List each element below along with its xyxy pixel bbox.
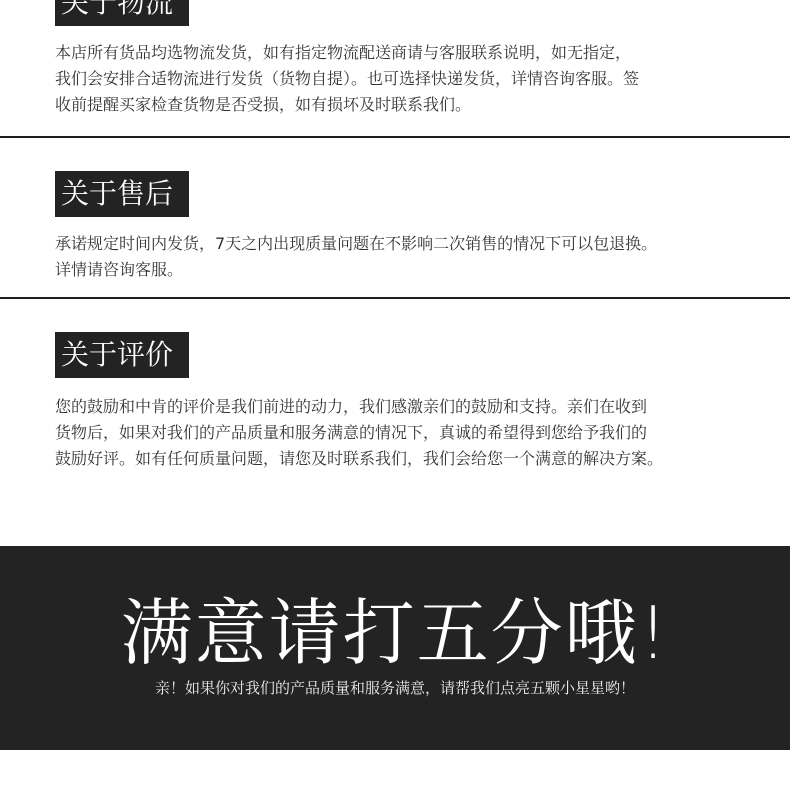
five-star-banner: 满意请打五分哦! 亲！如果你对我们的产品质量和服务满意，请帮我们点亮五颗小星星哟… [0,546,790,750]
section-title-reviews: 关于评价 [55,332,189,378]
paragraph-line: 本店所有货品均选物流发货，如有指定物流配送商请与客服联系说明，如无指定， [55,40,745,66]
banner-subline: 亲！如果你对我们的产品质量和服务满意，请帮我们点亮五颗小星星哟！ [0,676,790,700]
paragraph-line: 鼓励好评。如有任何质量问题，请您及时联系我们，我们会给您一个满意的解决方案。 [55,446,745,472]
banner-headline: 满意请打五分哦! [0,588,790,678]
paragraph-line: 货物后，如果对我们的产品质量和服务满意的情况下，真诚的希望得到您给予我们的 [55,420,745,446]
section-title-label: 关于物流 [61,0,173,19]
after-sales-paragraph: 承诺规定时间内发货，7天之内出现质量问题在不影响二次销售的情况下可以包退换。 详… [55,231,745,283]
paragraph-line: 承诺规定时间内发货，7天之内出现质量问题在不影响二次销售的情况下可以包退换。 [55,231,745,257]
section-title-label: 关于售后 [61,177,173,210]
paragraph-line: 详情请咨询客服。 [55,257,745,283]
paragraph-line: 我们会安排合适物流进行发货（货物自提）。也可选择快递发货，详情咨询客服。签 [55,66,745,92]
section-divider [0,136,790,138]
section-divider [0,297,790,299]
reviews-paragraph: 您的鼓励和中肯的评价是我们前进的动力，我们感激亲们的鼓励和支持。亲们在收到 货物… [55,394,745,472]
paragraph-line: 收前提醒买家检查货物是否受损，如有损坏及时联系我们。 [55,92,745,118]
section-title-after-sales: 关于售后 [55,171,189,217]
logistics-paragraph: 本店所有货品均选物流发货，如有指定物流配送商请与客服联系说明，如无指定， 我们会… [55,40,745,118]
paragraph-line: 您的鼓励和中肯的评价是我们前进的动力，我们感激亲们的鼓励和支持。亲们在收到 [55,394,745,420]
section-title-logistics: 关于物流 [55,0,189,26]
section-title-label: 关于评价 [61,338,173,371]
